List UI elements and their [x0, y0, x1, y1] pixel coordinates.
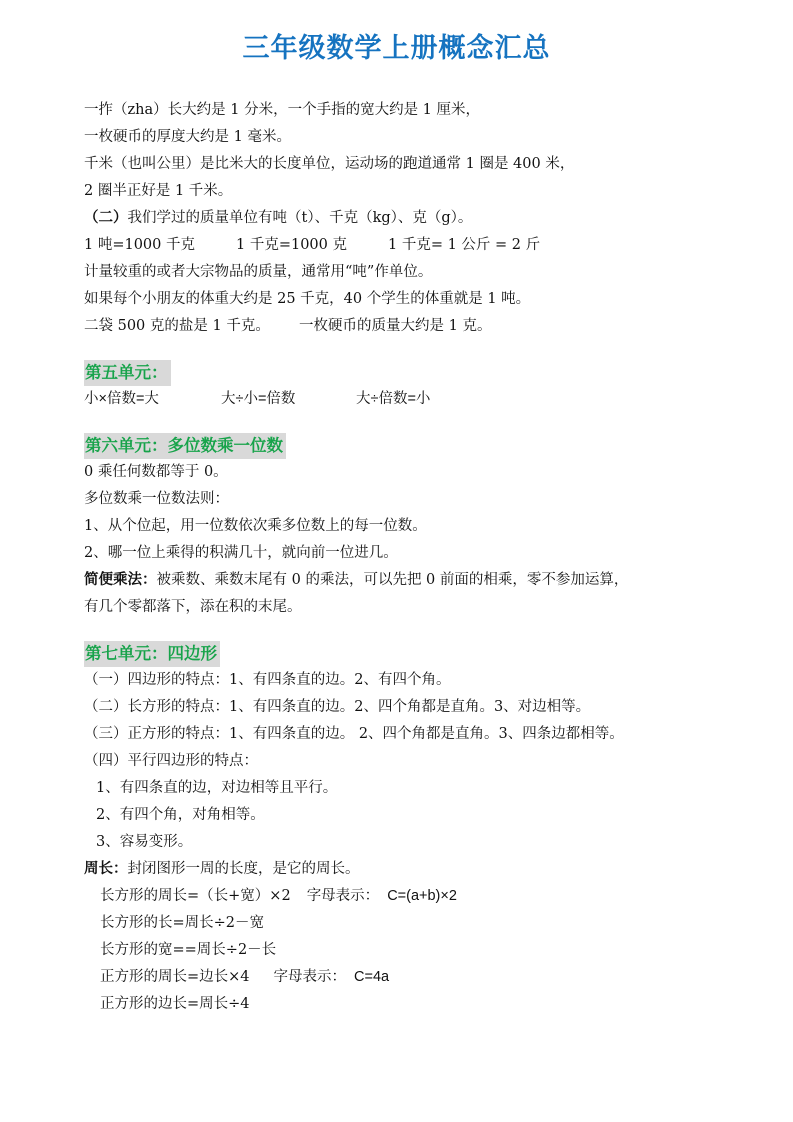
feature-parallelogram: （四）平行四边形的特点： — [84, 748, 724, 775]
unit6-line-4: 2、哪一位上乘得的积满几十，就向前一位进几。 — [84, 540, 724, 567]
length-line-1: 一拃（zha）长大约是 1 分米，一个手指的宽大约是 1 厘米， — [84, 97, 724, 124]
letter-label: 字母表示： — [307, 888, 380, 904]
unit6-line-2: 多位数乘一位数法则： — [84, 486, 724, 513]
formula-square-side: 正方形的边长=周长÷4 — [84, 991, 724, 1018]
unit5-formulas: 小×倍数=大大÷小=倍数大÷倍数=小 — [84, 386, 724, 413]
coin-mass-fact: 一枚硬币的质量大约是 1 克。 — [299, 318, 491, 334]
unit5-heading: 第五单元： — [84, 360, 171, 386]
length-line-3: 千米（也叫公里）是比米大的长度单位，运动场的跑道通常 1 圈是 400 米， — [84, 151, 724, 178]
formula-small-times: 小×倍数=大 — [84, 386, 221, 413]
feature-quadrilateral: （一）四边形的特点：1、有四条直的边。2、有四个角。 — [84, 667, 724, 694]
parallelogram-item-2: 2、有四个角，对角相等。 — [84, 802, 724, 829]
perimeter-label: 周长： — [84, 861, 128, 877]
letter-label: 字母表示： — [274, 969, 347, 985]
mass-heading-text: 我们学过的质量单位有吨（t）、千克（kg）、克（g）。 — [128, 210, 473, 226]
parallelogram-item-1: 1、有四条直的边，对边相等且平行。 — [84, 775, 724, 802]
shortcut-label: 简便乘法： — [84, 572, 157, 588]
mass-line-2: 如果每个小朋友的体重大约是 25 千克，40 个学生的体重就是 1 吨。 — [84, 286, 724, 313]
parallelogram-item-3: 3、容易变形。 — [84, 829, 724, 856]
feature-rectangle: （二）长方形的特点：1、有四条直的边。2、四个角都是直角。3、对边相等。 — [84, 694, 724, 721]
shortcut-line-2: 有几个零都落下，添在积的末尾。 — [84, 594, 724, 621]
length-line-4: 2 圈半正好是 1 千米。 — [84, 178, 724, 205]
formula-rect-length: 长方形的长=周长÷2－宽 — [84, 910, 724, 937]
salt-fact: 二袋 500 克的盐是 1 千克。 — [84, 313, 299, 340]
unit6-line-3: 1、从个位起，用一位数依次乘多位数上的每一位数。 — [84, 513, 724, 540]
length-line-2: 一枚硬币的厚度大约是 1 毫米。 — [84, 124, 724, 151]
formula-square-perimeter: 正方形的周长=边长×4字母表示：C=4a — [84, 964, 724, 991]
mass-heading-prefix: （二） — [84, 210, 128, 226]
unit6-line-1: 0 乘任何数都等于 0。 — [84, 459, 724, 486]
unit6-heading: 第六单元：多位数乘一位数 — [84, 433, 286, 459]
shortcut-line: 简便乘法：被乘数、乘数末尾有 0 的乘法，可以先把 0 前面的相乘，零不参加运算… — [84, 567, 724, 594]
conversion-ton-kg: 1 吨=1000 千克 — [84, 232, 236, 259]
page-title: 三年级数学上册概念汇总 — [0, 26, 793, 65]
formula-rect-width: 长方形的宽==周长÷2－长 — [84, 937, 724, 964]
formula-text: 长方形的周长=（长+宽）×2 — [100, 888, 291, 904]
mass-conversions: 1 吨=1000 千克1 千克=1000 克1 千克= 1 公斤 = 2 斤 — [84, 232, 724, 259]
formula-big-div-times: 大÷倍数=小 — [356, 391, 430, 407]
mass-line-1: 计量较重的或者大宗物品的质量，通常用“吨”作单位。 — [84, 259, 724, 286]
shortcut-text: 被乘数、乘数末尾有 0 的乘法，可以先把 0 前面的相乘，零不参加运算， — [157, 572, 629, 588]
formula-big-div-small: 大÷小=倍数 — [221, 386, 356, 413]
mass-line-3: 二袋 500 克的盐是 1 千克。一枚硬币的质量大约是 1 克。 — [84, 313, 724, 340]
conversion-kg-g: 1 千克=1000 克 — [236, 232, 388, 259]
feature-square: （三）正方形的特点：1、有四条直的边。 2、四个角都是直角。3、四条边都相等。 — [84, 721, 724, 748]
formula-text: 正方形的周长=边长×4 — [100, 969, 250, 985]
perimeter-definition: 周长：封闭图形一周的长度，是它的周长。 — [84, 856, 724, 883]
letter-formula: C=4a — [354, 969, 389, 985]
perimeter-text: 封闭图形一周的长度，是它的周长。 — [128, 861, 360, 877]
letter-formula: C=(a+b)×2 — [387, 888, 457, 904]
unit7-heading: 第七单元：四边形 — [84, 641, 220, 667]
conversion-kg-jin: 1 千克= 1 公斤 = 2 斤 — [388, 237, 540, 253]
document-body: 一拃（zha）长大约是 1 分米，一个手指的宽大约是 1 厘米， 一枚硬币的厚度… — [84, 97, 724, 1018]
mass-heading: （二）我们学过的质量单位有吨（t）、千克（kg）、克（g）。 — [84, 205, 724, 232]
formula-rect-perimeter: 长方形的周长=（长+宽）×2字母表示：C=(a+b)×2 — [84, 883, 724, 910]
